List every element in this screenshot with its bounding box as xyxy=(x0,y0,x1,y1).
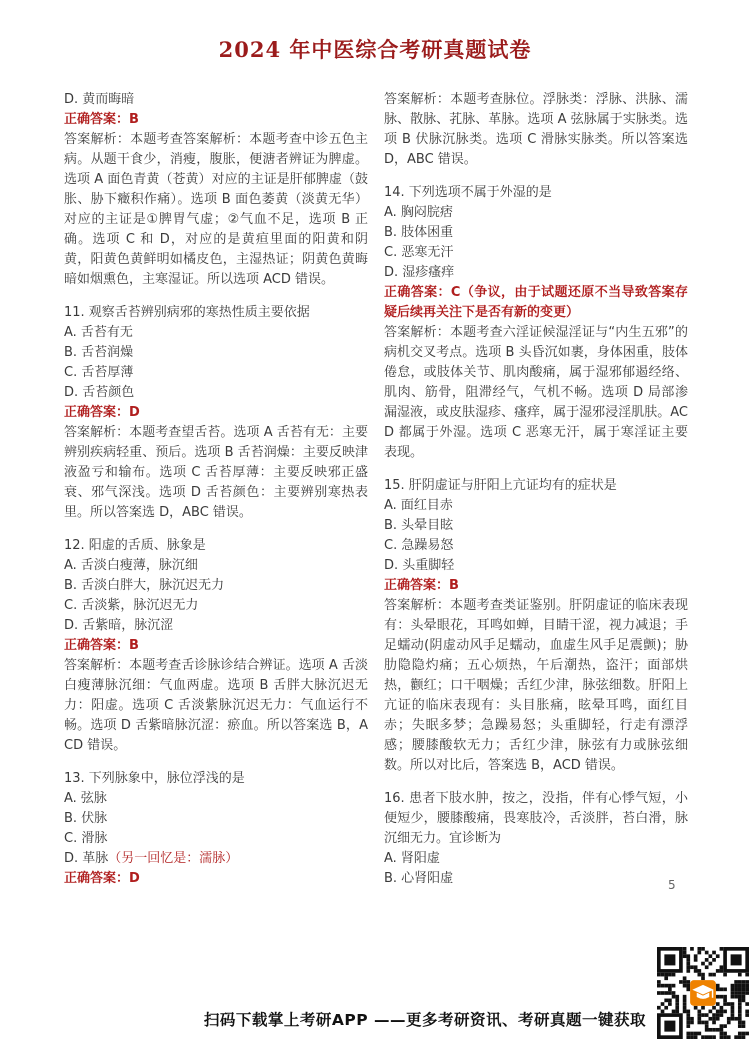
page-title: 2024 年中医综合考研真题试卷 xyxy=(0,34,750,64)
explanation-line: 答案解析：本题考查望舌苔。选项 A 舌苔有无：主要辨别疾病轻重、预后。选项 B … xyxy=(64,423,368,523)
option-line: B. 伏脉 xyxy=(64,809,368,829)
explanation-line: 答案解析：本题考查答案解析：本题考查中诊五色主病。从题干食少，消瘦，腹胀，便溏者… xyxy=(64,130,368,290)
qa-block: 16. 患者下肢水肿，按之，没指，伴有心悸气短，小便短少，腰膝酸痛，畏寒肢冷，舌… xyxy=(384,789,688,889)
qa-block: D. 黄而晦暗正确答案：B答案解析：本题考查答案解析：本题考查中诊五色主病。从题… xyxy=(64,90,368,290)
option-line: A. 弦脉 xyxy=(64,789,368,809)
option-line: B. 头晕目眩 xyxy=(384,516,688,536)
option-line: A. 舌苔有无 xyxy=(64,323,368,343)
explanation-line: 答案解析：本题考查类证鉴别。肝阴虚证的临床表现有：头晕眼花，耳鸣如蝉，目睛干涩，… xyxy=(384,596,688,776)
option-line: A. 胸闷脘痞 xyxy=(384,203,688,223)
question-line: 14. 下列选项不属于外湿的是 xyxy=(384,183,688,203)
exam-document-page: 2024 年中医综合考研真题试卷 D. 黄而晦暗正确答案：B答案解析：本题考查答… xyxy=(0,0,750,1061)
explanation-line: 答案解析：本题考查六淫证候湿淫证与“内生五邪”的病机交叉考点。选项 B 头昏沉如… xyxy=(384,323,688,463)
option-text: D. 革脉 xyxy=(64,851,108,866)
left-column: D. 黄而晦暗正确答案：B答案解析：本题考查答案解析：本题考查中诊五色主病。从题… xyxy=(64,90,368,902)
footer-app-promo-text: 扫码下载掌上考研APP ——更多考研资讯、考研真题一键获取 xyxy=(204,1008,646,1030)
question-line: 13. 下列脉象中，脉位浮浅的是 xyxy=(64,769,368,789)
qa-block: 13. 下列脉象中，脉位浮浅的是A. 弦脉B. 伏脉C. 滑脉D. 革脉（另一回… xyxy=(64,769,368,889)
answer-line: 正确答案：D xyxy=(64,403,368,423)
explanation-line: 答案解析：本题考查舌诊脉诊结合辨证。选项 A 舌淡白瘦薄脉沉细：气血两虚。选项 … xyxy=(64,656,368,756)
question-line: 15. 肝阴虚证与肝阳上亢证均有的症状是 xyxy=(384,476,688,496)
option-line: B. 心肾阳虚 xyxy=(384,869,688,889)
option-line: C. 舌淡紫，脉沉迟无力 xyxy=(64,596,368,616)
explanation-line: 答案解析：本题考查脉位。浮脉类：浮脉、洪脉、濡脉、散脉、芤脉、革脉。选项 A 弦… xyxy=(384,90,688,170)
option-line: D. 舌苔颜色 xyxy=(64,383,368,403)
answer-line: 正确答案：B xyxy=(384,576,688,596)
option-line: A. 面红目赤 xyxy=(384,496,688,516)
question-line: 16. 患者下肢水肿，按之，没指，伴有心悸气短，小便短少，腰膝酸痛，畏寒肢冷，舌… xyxy=(384,789,688,849)
right-column: 答案解析：本题考查脉位。浮脉类：浮脉、洪脉、濡脉、散脉、芤脉、革脉。选项 A 弦… xyxy=(384,90,688,902)
qr-logo xyxy=(690,980,716,1006)
option-line: B. 肢体困重 xyxy=(384,223,688,243)
option-line: B. 舌淡白胖大，脉沉迟无力 xyxy=(64,576,368,596)
answer-line: 正确答案：C（争议，由于试题还原不当导致答案存疑后续再关注下是否有新的变更） xyxy=(384,283,688,323)
qa-block: 11. 观察舌苔辨别病邪的寒热性质主要依据A. 舌苔有无B. 舌苔润燥C. 舌苔… xyxy=(64,303,368,523)
option-line: C. 恶寒无汗 xyxy=(384,243,688,263)
question-line: 12. 阳虚的舌质、脉象是 xyxy=(64,536,368,556)
option-line: B. 舌苔润燥 xyxy=(64,343,368,363)
qa-block: 12. 阳虚的舌质、脉象是A. 舌淡白瘦薄，脉沉细B. 舌淡白胖大，脉沉迟无力C… xyxy=(64,536,368,756)
option-line: A. 舌淡白瘦薄，脉沉细 xyxy=(64,556,368,576)
option-line: C. 舌苔厚薄 xyxy=(64,363,368,383)
page-number: 5 xyxy=(668,878,676,892)
qa-block: 14. 下列选项不属于外湿的是A. 胸闷脘痞B. 肢体困重C. 恶寒无汗D. 湿… xyxy=(384,183,688,463)
option-line: C. 急躁易怒 xyxy=(384,536,688,556)
option-line: D. 舌紫暗，脉沉涩 xyxy=(64,616,368,636)
option-note-red: （另一回忆是：濡脉） xyxy=(108,851,238,866)
option-line: D. 革脉（另一回忆是：濡脉） xyxy=(64,849,368,869)
option-line: D. 头重脚轻 xyxy=(384,556,688,576)
answer-line: 正确答案：B xyxy=(64,636,368,656)
answer-line: 正确答案：D xyxy=(64,869,368,889)
qa-block: 答案解析：本题考查脉位。浮脉类：浮脉、洪脉、濡脉、散脉、芤脉、革脉。选项 A 弦… xyxy=(384,90,688,170)
answer-line: 正确答案：B xyxy=(64,110,368,130)
qa-block: 15. 肝阴虚证与肝阳上亢证均有的症状是A. 面红目赤B. 头晕目眩C. 急躁易… xyxy=(384,476,688,776)
option-line: D. 黄而晦暗 xyxy=(64,90,368,110)
qr-code xyxy=(657,947,749,1046)
question-line: 11. 观察舌苔辨别病邪的寒热性质主要依据 xyxy=(64,303,368,323)
option-line: D. 湿疹瘙痒 xyxy=(384,263,688,283)
option-line: C. 滑脉 xyxy=(64,829,368,849)
option-line: A. 肾阳虚 xyxy=(384,849,688,869)
